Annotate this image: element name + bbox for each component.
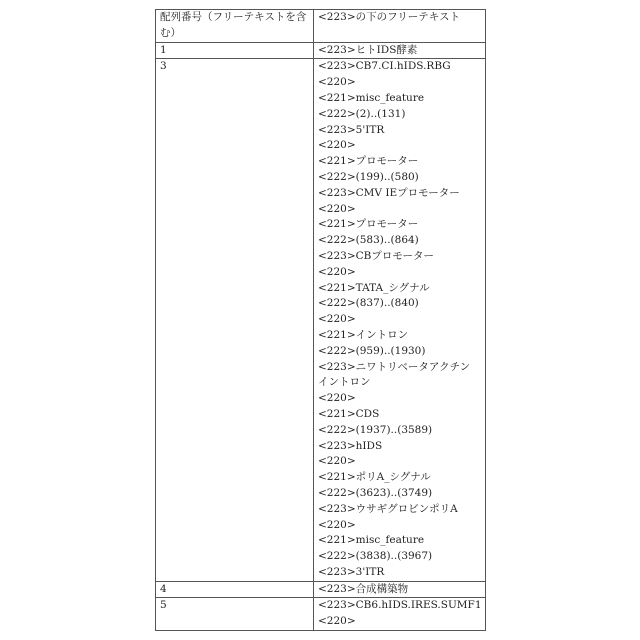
free-text-line: <223>3'ITR <box>318 565 481 581</box>
free-text-line: <223>ニワトリベータアクチン <box>318 360 481 376</box>
free-text-line: <222>(2)..(131) <box>318 107 481 123</box>
free-text-line: <222>(1937)..(3589) <box>318 423 481 439</box>
free-text-line: <223>5'ITR <box>318 123 481 139</box>
table-row: 1<223>ヒトIDS酵素 <box>156 42 486 59</box>
seq-id-cell: 5 <box>156 598 314 631</box>
free-text-line: <223>合成構築物 <box>318 582 481 598</box>
free-text-line: <223>hIDS <box>318 439 481 455</box>
free-text-cell: <223>合成構築物 <box>314 581 486 598</box>
free-text-line: <220> <box>318 518 481 534</box>
sequence-free-text-table: 配列番号（フリーテキストを含む） <223>の下のフリーテキスト 1<223>ヒ… <box>155 9 486 631</box>
free-text-line: <222>(959)..(1930) <box>318 344 481 360</box>
free-text-cell: <223>CB7.CI.hIDS.RBG<220><221>misc_featu… <box>314 59 486 581</box>
free-text-line: <220> <box>318 138 481 154</box>
free-text-line: <221>プロモーター <box>318 217 481 233</box>
free-text-line: <223>CMV IEプロモーター <box>318 186 481 202</box>
free-text-line: <223>CB6.hIDS.IRES.SUMF1 <box>318 598 481 614</box>
seq-id-cell: 1 <box>156 42 314 59</box>
table-row: 3<223>CB7.CI.hIDS.RBG<220><221>misc_feat… <box>156 59 486 581</box>
free-text-line: <223>CBプロモーター <box>318 249 481 265</box>
header-row: 配列番号（フリーテキストを含む） <223>の下のフリーテキスト <box>156 10 486 43</box>
table-row: 5<223>CB6.hIDS.IRES.SUMF1<220> <box>156 598 486 631</box>
free-text-line: <221>プロモーター <box>318 154 481 170</box>
seq-id-cell: 3 <box>156 59 314 581</box>
free-text-line: <221>TATA_シグナル <box>318 281 481 297</box>
free-text-line: <220> <box>318 614 481 630</box>
free-text-line: <221>misc_feature <box>318 533 481 549</box>
free-text-line: イントロン <box>318 375 481 391</box>
free-text-line: <222>(583)..(864) <box>318 233 481 249</box>
free-text-line: <221>イントロン <box>318 328 481 344</box>
free-text-cell: <223>ヒトIDS酵素 <box>314 42 486 59</box>
free-text-line: <220> <box>318 391 481 407</box>
free-text-line: <221>CDS <box>318 407 481 423</box>
free-text-line: <221>ポリA_シグナル <box>318 470 481 486</box>
free-text-line: <222>(3838)..(3967) <box>318 549 481 565</box>
free-text-line: <220> <box>318 454 481 470</box>
header-seq-id: 配列番号（フリーテキストを含む） <box>156 10 314 43</box>
header-free-text: <223>の下のフリーテキスト <box>314 10 486 43</box>
free-text-line: <221>misc_feature <box>318 91 481 107</box>
free-text-line: <223>ウサギグロビンポリA <box>318 502 481 518</box>
free-text-line: <220> <box>318 312 481 328</box>
free-text-line: <220> <box>318 202 481 218</box>
seq-id-cell: 4 <box>156 581 314 598</box>
table-row: 4<223>合成構築物 <box>156 581 486 598</box>
free-text-line: <223>ヒトIDS酵素 <box>318 43 481 59</box>
free-text-cell: <223>CB6.hIDS.IRES.SUMF1<220> <box>314 598 486 631</box>
free-text-line: <220> <box>318 75 481 91</box>
free-text-line: <222>(3623)..(3749) <box>318 486 481 502</box>
free-text-line: <222>(199)..(580) <box>318 170 481 186</box>
free-text-line: <222>(837)..(840) <box>318 296 481 312</box>
free-text-line: <220> <box>318 265 481 281</box>
free-text-line: <223>CB7.CI.hIDS.RBG <box>318 59 481 75</box>
